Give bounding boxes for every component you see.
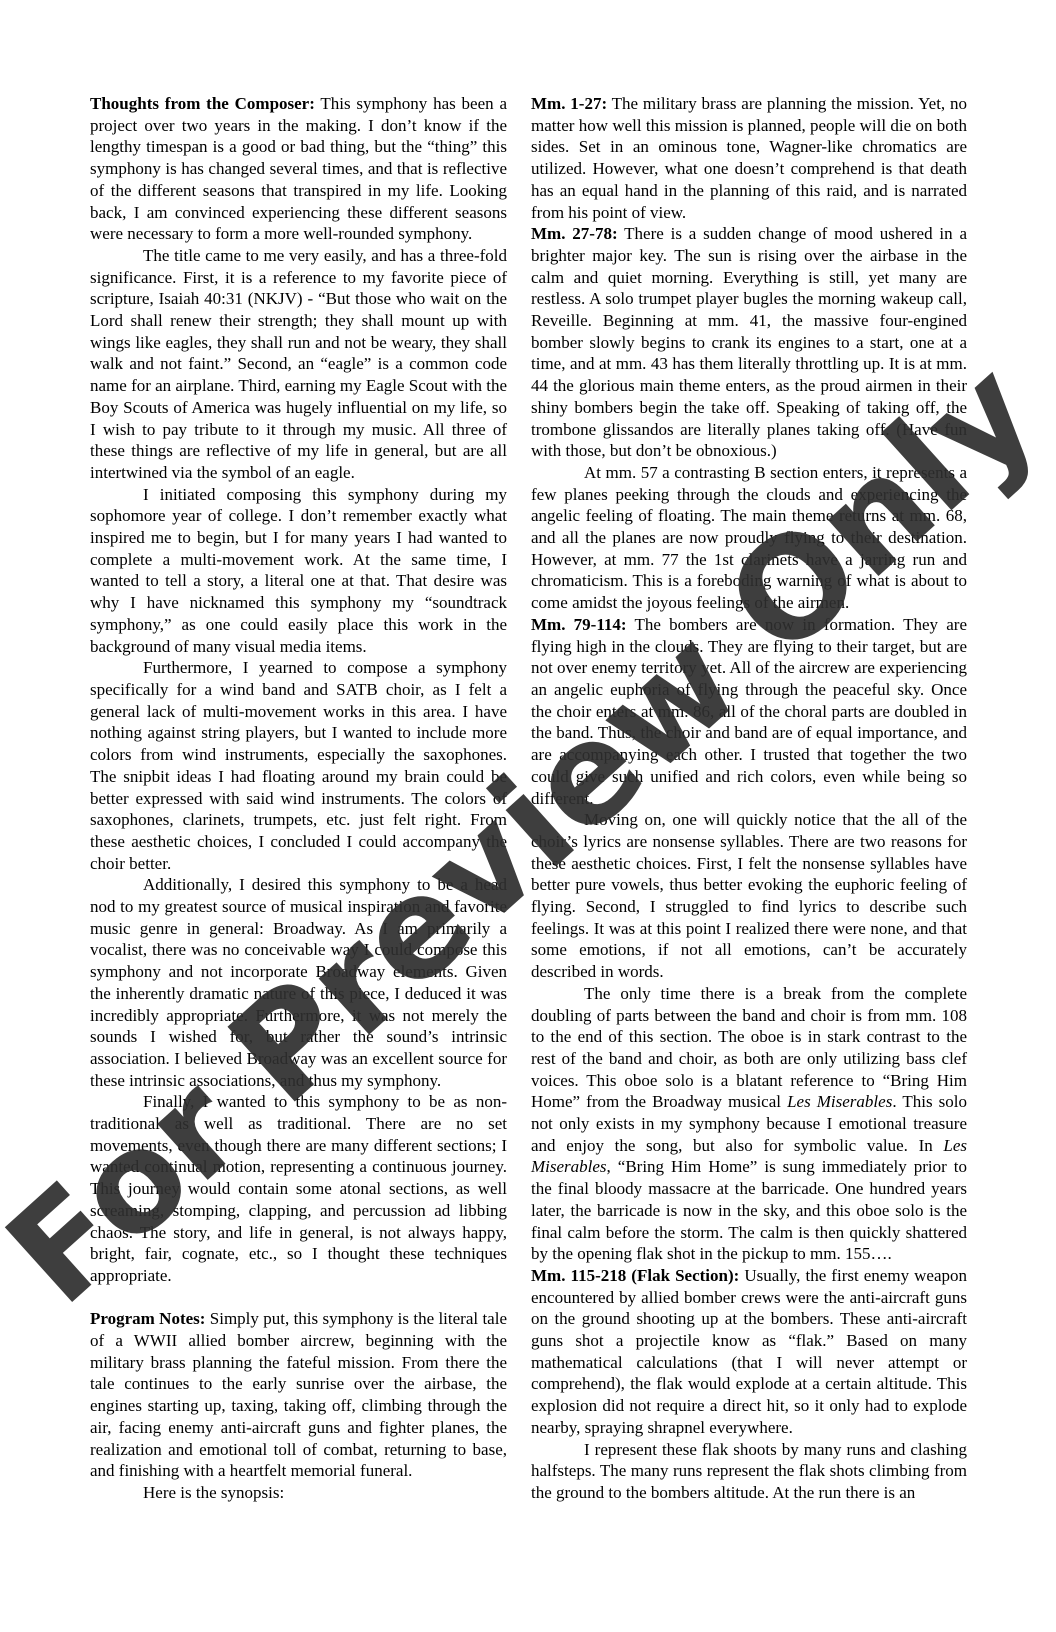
- paragraph: The title came to me very easily, and ha…: [90, 245, 507, 484]
- paragraph: Additionally, I desired this symphony to…: [90, 874, 507, 1091]
- text-run: Les Miserables: [787, 1092, 892, 1111]
- text-run: At mm. 57 a contrasting B section enters…: [531, 463, 967, 612]
- paragraph: Mm. 1-27: The military brass are plannin…: [531, 93, 967, 223]
- paragraph: I represent these flak shoots by many ru…: [531, 1439, 967, 1504]
- text-run: This symphony has been a project over tw…: [90, 94, 507, 243]
- left-column: Thoughts from the Composer: This symphon…: [90, 93, 507, 1504]
- paragraph: Furthermore, I yearned to compose a symp…: [90, 657, 507, 874]
- text-run: Simply put, this symphony is the literal…: [90, 1309, 507, 1480]
- text-run: Program Notes:: [90, 1309, 205, 1328]
- text-run: There is a sudden change of mood ushered…: [531, 224, 967, 460]
- paragraph: At mm. 57 a contrasting B section enters…: [531, 462, 967, 614]
- text-run: The bombers are now in formation. They a…: [531, 615, 967, 808]
- text-run: Mm. 115-218 (Flak Section):: [531, 1266, 739, 1285]
- text-run: Moving on, one will quickly notice that …: [531, 810, 967, 981]
- paragraph: Here is the synopsis:: [90, 1482, 507, 1504]
- text-run: Mm. 79-114:: [531, 615, 627, 634]
- paragraph: Program Notes: Simply put, this symphony…: [90, 1308, 507, 1482]
- text-run: Finally, I wanted to this symphony to be…: [90, 1092, 507, 1285]
- paragraph: Mm. 79-114: The bombers are now in forma…: [531, 614, 967, 809]
- text-run: Additionally, I desired this symphony to…: [90, 875, 507, 1089]
- text-run: Mm. 1-27:: [531, 94, 607, 113]
- text-run: I represent these flak shoots by many ru…: [531, 1440, 967, 1502]
- text-run: Thoughts from the Composer:: [90, 94, 315, 113]
- text-run: The military brass are planning the miss…: [531, 94, 967, 222]
- text-run: The title came to me very easily, and ha…: [90, 246, 507, 482]
- paragraph: I initiated composing this symphony duri…: [90, 484, 507, 658]
- paragraph: Thoughts from the Composer: This symphon…: [90, 93, 507, 245]
- text-run: Usually, the first enemy weapon encounte…: [531, 1266, 967, 1437]
- text-run: I initiated composing this symphony duri…: [90, 485, 507, 656]
- paragraph: Finally, I wanted to this symphony to be…: [90, 1091, 507, 1286]
- paragraph: Moving on, one will quickly notice that …: [531, 809, 967, 983]
- text-run: Here is the synopsis:: [143, 1483, 284, 1502]
- right-column: Mm. 1-27: The military brass are plannin…: [531, 93, 967, 1504]
- paragraph: Mm. 27-78: There is a sudden change of m…: [531, 223, 967, 462]
- text-run: Furthermore, I yearned to compose a symp…: [90, 658, 507, 872]
- text-run: Mm. 27-78:: [531, 224, 618, 243]
- paragraph: Mm. 115-218 (Flak Section): Usually, the…: [531, 1265, 967, 1439]
- paragraph: The only time there is a break from the …: [531, 983, 967, 1265]
- document-page: Thoughts from the Composer: This symphon…: [0, 0, 1056, 1632]
